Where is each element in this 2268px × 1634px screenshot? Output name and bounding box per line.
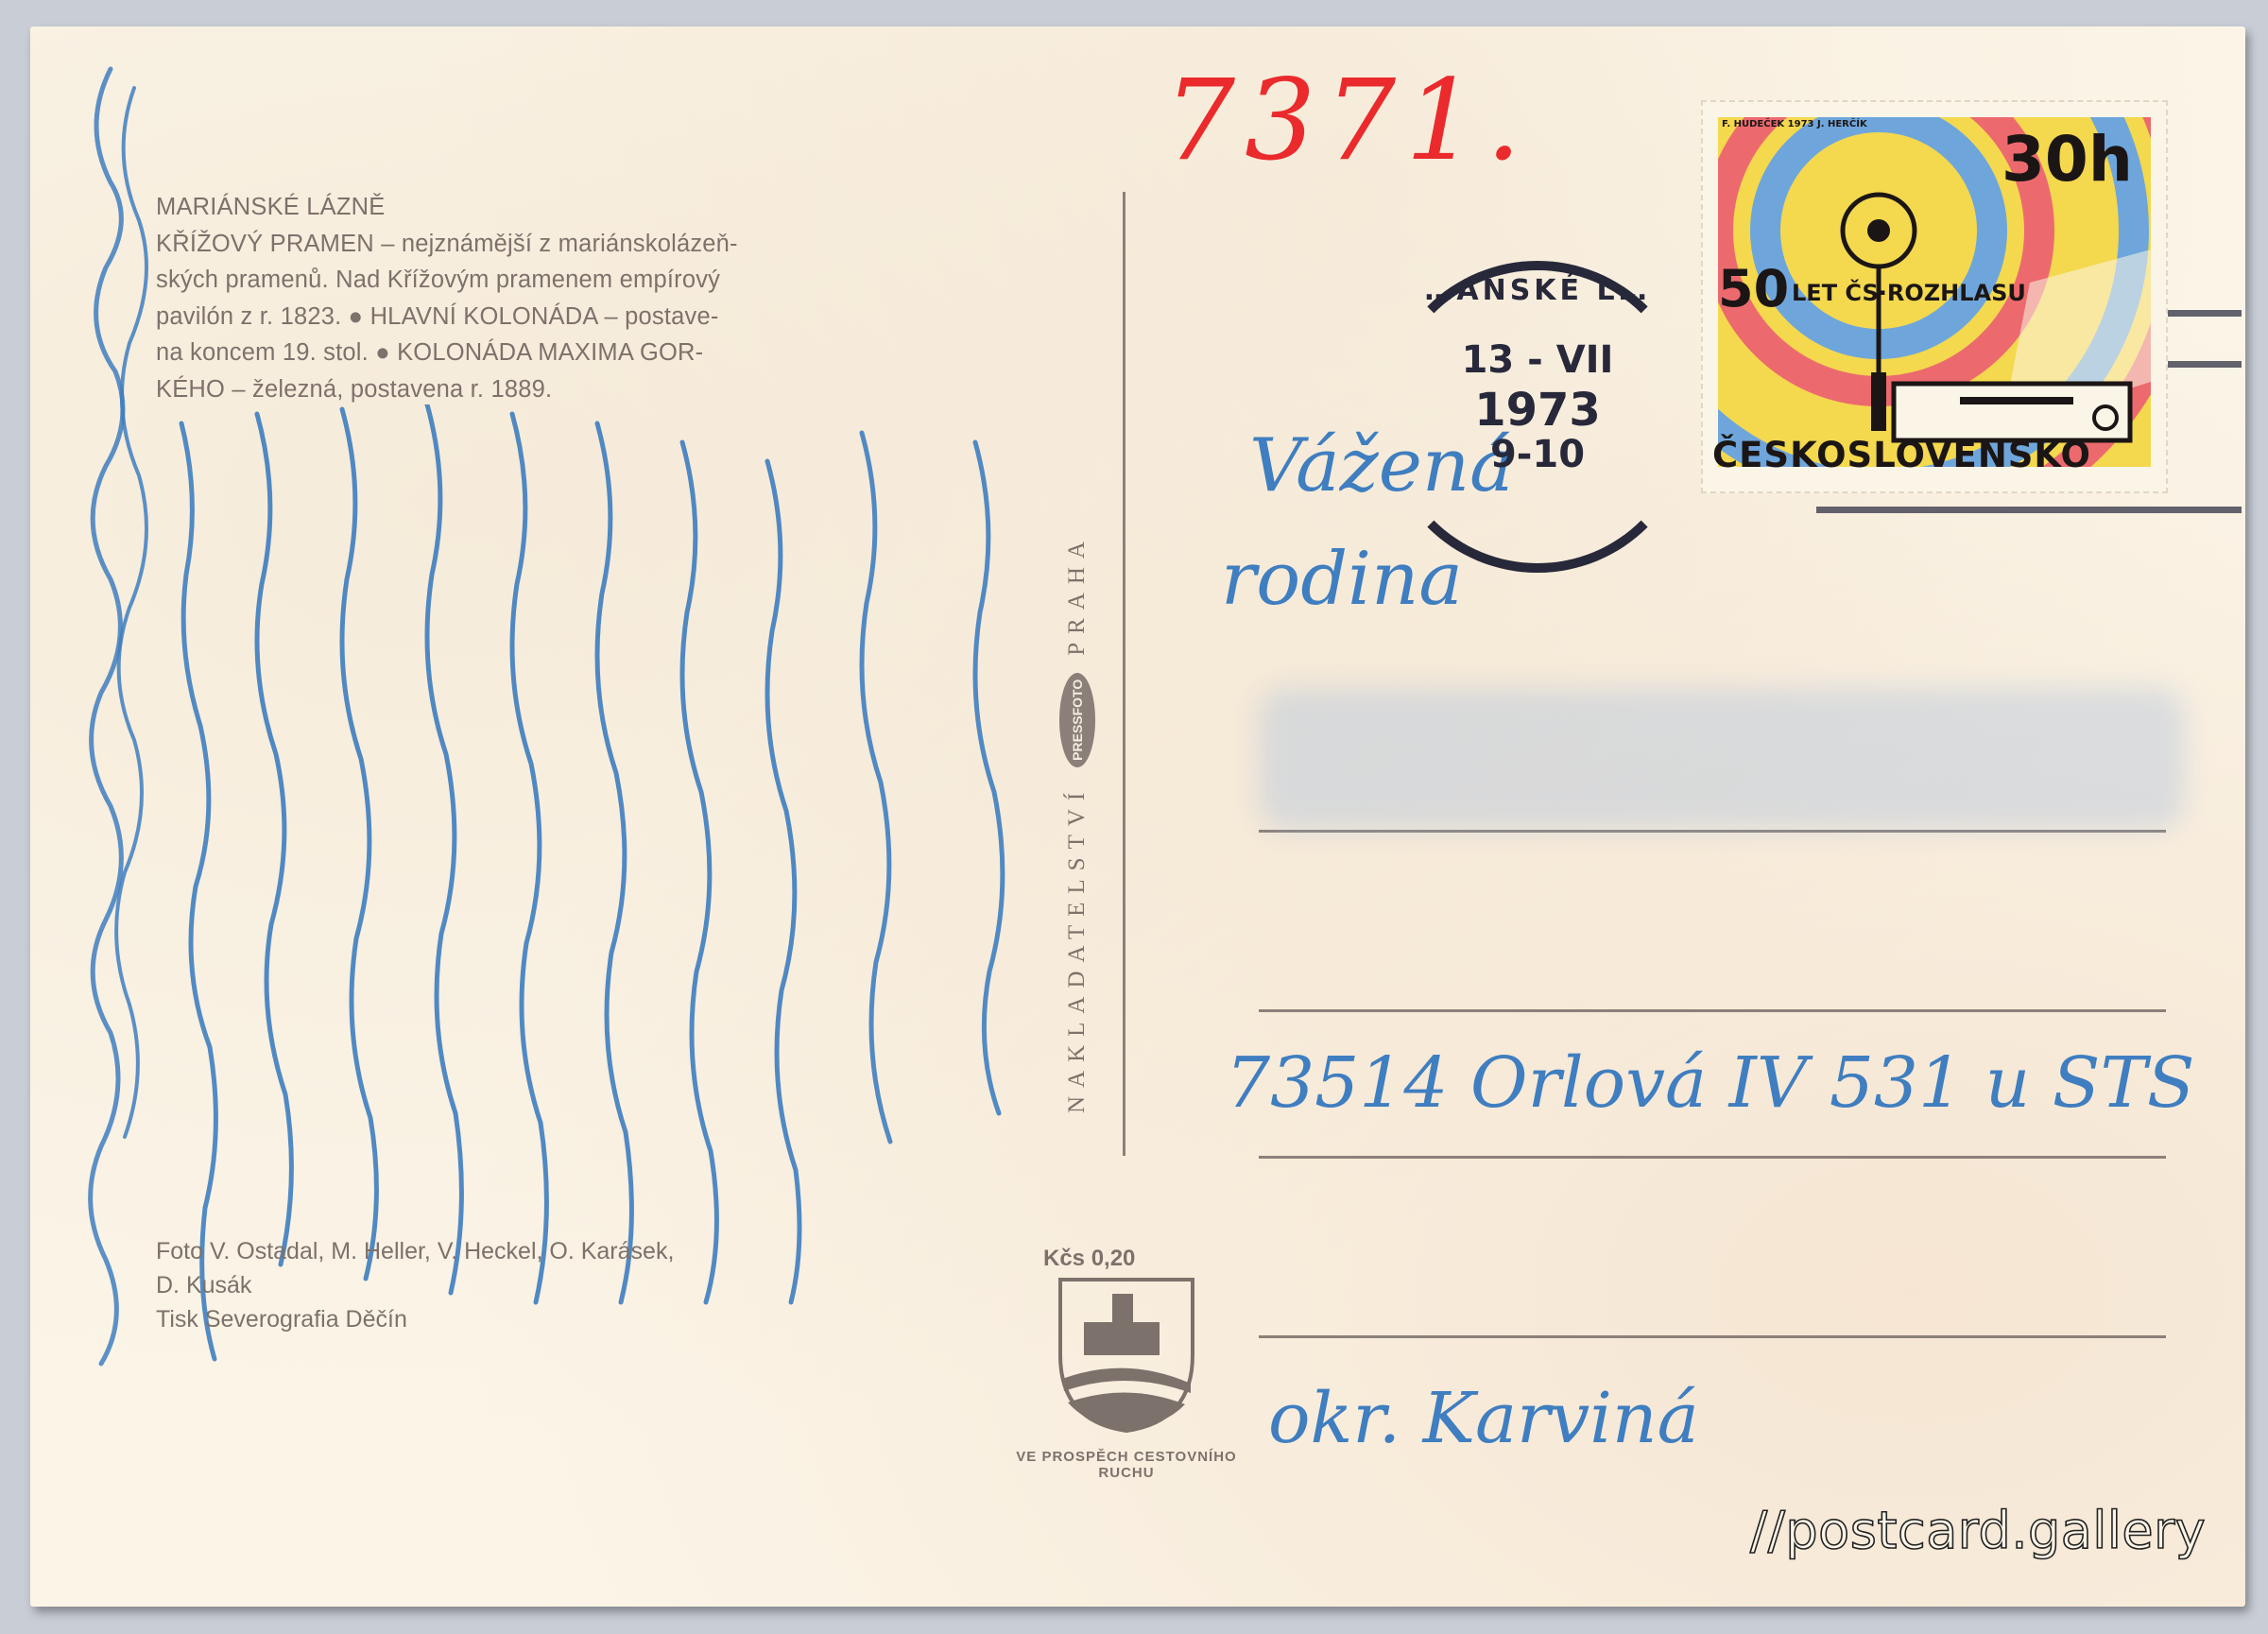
postmark-city: …ANSKÉ L… — [1391, 274, 1684, 307]
postmark: …ANSKÉ L… 13 - VII 1973 9-10 — [1382, 261, 1693, 573]
center-divider — [1123, 192, 1125, 1156]
tourism-fee-stamp: Kčs 0,20 VE PROSPĚCH CESTOVNÍHO RUCHU — [1022, 1246, 1230, 1472]
stamp-country: ČESKOSLOVENSKO — [1712, 435, 2091, 475]
caption-line: ských pramenů. Nad Křížovým pramenem emp… — [156, 262, 1006, 299]
address-street: 73514 Orlová IV 531 u STS — [1226, 1042, 2195, 1124]
postage-stamp: F. HUDEČEK 1973 J. HERČÍK 30h 50 LET ČS·… — [1701, 100, 2168, 493]
cancel-bar — [1816, 507, 2242, 513]
stamp-designers: F. HUDEČEK 1973 J. HERČÍK — [1722, 119, 1867, 129]
caption-line: KÉHO – železná, postavena r. 1889. — [156, 371, 1006, 408]
redacted-name — [1259, 688, 2185, 830]
postmark-time: 9-10 — [1391, 433, 1684, 476]
address-line-2 — [1259, 1009, 2166, 1012]
caption-line: KŘÍŽOVÝ PRAMEN – nejznámější z mariánsko… — [156, 226, 1006, 263]
castle-shield-icon — [1022, 1270, 1230, 1469]
fee-price: Kčs 0,20 — [1043, 1246, 1135, 1272]
address-rodina: rodina — [1221, 537, 1463, 622]
publisher-imprint: NAKLADATELSTVÍ PRESSFOTO PRAHA — [1058, 338, 1096, 1113]
postmark-year: 1973 — [1391, 384, 1684, 437]
postcard-back: 7371. MARIÁNSKÉ LÁZNĚ KŘÍŽOVÝ PRAMEN – n… — [30, 26, 2245, 1607]
handwritten-message — [144, 404, 1126, 1595]
caption-line: na koncem 19. stol. ● KOLONÁDA MAXIMA GO… — [156, 335, 1006, 371]
address-line-1 — [1259, 830, 2166, 833]
stamp-anniversary-number: 50 — [1718, 259, 1789, 318]
stamp-inscription: LET ČS·ROZHLASU — [1792, 280, 2026, 306]
caption-block: MARIÁNSKÉ LÁZNĚ KŘÍŽOVÝ PRAMEN – nejznám… — [156, 189, 1006, 407]
address-line-3 — [1259, 1156, 2166, 1159]
watermark: //postcard.gallery — [1750, 1501, 2206, 1560]
credits-line: D. Kusák — [156, 1268, 674, 1302]
pressfoto-logo: PRESSFOTO — [1059, 673, 1095, 767]
credits-line: Tisk Severografia Děčín — [156, 1302, 674, 1336]
address-district: okr. Karviná — [1268, 1378, 1699, 1459]
side-handwriting — [68, 50, 153, 1487]
caption-line: pavilón z r. 1823. ● HLAVNÍ KOLONÁDA – p… — [156, 299, 1006, 335]
photo-credits: Foto V. Ostadal, M. Heller, V. Heckel, O… — [156, 1234, 674, 1336]
fee-arc-text: VE PROSPĚCH CESTOVNÍHO RUCHU — [1013, 1449, 1240, 1481]
stamp-value: 30h — [2002, 123, 2133, 196]
address-line-4 — [1259, 1335, 2166, 1338]
stamp-artwork: F. HUDEČEK 1973 J. HERČÍK 30h 50 LET ČS·… — [1718, 117, 2151, 467]
postmark-date: 13 - VII — [1391, 338, 1684, 382]
publisher-left: NAKLADATELSTVÍ — [1064, 784, 1091, 1113]
credits-line: Foto V. Ostadal, M. Heller, V. Heckel, O… — [156, 1234, 674, 1268]
reference-number: 7371. — [1164, 55, 1531, 185]
publisher-right: PRAHA — [1064, 533, 1091, 656]
caption-title: MARIÁNSKÉ LÁZNĚ — [156, 189, 1006, 226]
